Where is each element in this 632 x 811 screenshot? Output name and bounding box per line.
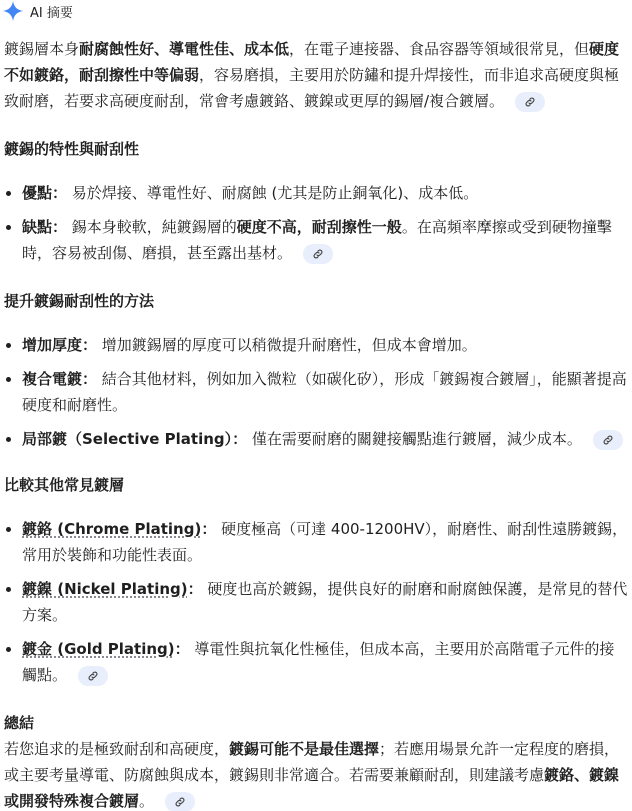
section-heading-methods: 提升鍍錫耐刮性的方法 xyxy=(4,288,628,314)
link-icon xyxy=(524,96,536,108)
term-link-gold[interactable]: 鍍金 (Gold Plating) xyxy=(22,640,175,658)
source-link-button[interactable] xyxy=(303,244,333,264)
list-item: 鍍鎳 (Nickel Plating)： 硬度也高於鍍錫，提供良好的耐磨和耐腐蝕… xyxy=(4,576,628,628)
source-link-button[interactable] xyxy=(515,92,545,112)
link-icon xyxy=(174,796,186,808)
item-label: 局部鍍（Selective Plating）： xyxy=(22,430,247,448)
term-link-nickel[interactable]: 鍍鎳 (Nickel Plating) xyxy=(22,580,188,598)
summary-bold: 鍍錫可能不是最佳選擇 xyxy=(229,740,379,758)
item-label: 缺點： xyxy=(22,218,67,236)
link-icon xyxy=(312,248,324,260)
link-icon xyxy=(87,670,99,682)
item-label: 優點： xyxy=(22,184,67,202)
item-text: 增加鍍錫層的厚度可以稍微提升耐磨性，但成本會增加。 xyxy=(97,336,477,354)
item-text: 結合其他材料，例如加入微粒（如碳化矽），形成「鍍錫複合鍍層」，能顯著提高硬度和耐… xyxy=(22,370,627,414)
intro-paragraph: 鍍錫層本身耐腐蝕性好、導電性佳、成本低，在電子連接器、食品容器等領域很常見，但硬… xyxy=(4,36,628,114)
link-icon xyxy=(602,434,614,446)
ai-overview-header: AI 摘要 xyxy=(4,0,628,22)
intro-text: 鍍錫層本身 xyxy=(4,40,79,58)
term-link-chrome[interactable]: 鍍鉻 (Chrome Plating) xyxy=(22,520,201,538)
summary-paragraph: 若您追求的是極致耐刮和高硬度，鍍錫可能不是最佳選擇；若應用場景允許一定程度的磨損… xyxy=(4,736,628,811)
section-heading-properties: 鍍錫的特性與耐刮性 xyxy=(4,136,628,162)
source-link-button[interactable] xyxy=(78,666,108,686)
sparkle-icon xyxy=(2,0,24,22)
ai-overview: AI 摘要 鍍錫層本身耐腐蝕性好、導電性佳、成本低，在電子連接器、食品容器等領域… xyxy=(0,0,628,811)
list-item: 優點： 易於焊接、導電性好、耐腐蝕 (尤其是防止銅氧化)、成本低。 xyxy=(4,180,628,206)
item-colon: ： xyxy=(188,580,203,598)
summary-text: 。 xyxy=(139,792,154,810)
list-item: 局部鍍（Selective Plating）： 僅在需要耐磨的關鍵接觸點進行鍍層… xyxy=(4,426,628,452)
intro-bold: 耐腐蝕性好、導電性佳、成本低 xyxy=(79,40,289,58)
list-item: 缺點： 錫本身較軟，純鍍錫層的硬度不高，耐刮擦性一般。在高頻率摩擦或受到硬物撞擊… xyxy=(4,214,628,266)
item-colon: ： xyxy=(201,520,216,538)
list-item: 複合電鍍： 結合其他材料，例如加入微粒（如碳化矽），形成「鍍錫複合鍍層」，能顯著… xyxy=(4,366,628,418)
item-label: 增加厚度： xyxy=(22,336,97,354)
item-bold: 硬度不高，耐刮擦性一般 xyxy=(237,218,402,236)
source-link-button[interactable] xyxy=(593,430,623,450)
item-colon: ： xyxy=(175,640,190,658)
item-text: 錫本身較軟，純鍍錫層的 xyxy=(67,218,237,236)
item-text: 僅在需要耐磨的關鍵接觸點進行鍍層，減少成本。 xyxy=(247,430,582,448)
compare-list: 鍍鉻 (Chrome Plating)： 硬度極高（可達 400-1200HV）… xyxy=(4,516,628,688)
intro-text: ，在電子連接器、食品容器等領域很常見，但 xyxy=(289,40,589,58)
list-item: 鍍金 (Gold Plating)： 導電性與抗氧化性極佳，但成本高，主要用於高… xyxy=(4,636,628,688)
list-item: 鍍鉻 (Chrome Plating)： 硬度極高（可達 400-1200HV）… xyxy=(4,516,628,568)
section-heading-compare: 比較其他常見鍍層 xyxy=(4,472,628,498)
list-item: 增加厚度： 增加鍍錫層的厚度可以稍微提升耐磨性，但成本會增加。 xyxy=(4,332,628,358)
item-label: 複合電鍍： xyxy=(22,370,97,388)
source-link-button[interactable] xyxy=(165,792,195,811)
section-heading-summary: 總結 xyxy=(4,710,628,736)
item-text: 易於焊接、導電性好、耐腐蝕 (尤其是防止銅氧化)、成本低。 xyxy=(67,184,478,202)
properties-list: 優點： 易於焊接、導電性好、耐腐蝕 (尤其是防止銅氧化)、成本低。 缺點： 錫本… xyxy=(4,180,628,266)
header-title: AI 摘要 xyxy=(30,2,73,21)
summary-text: 若您追求的是極致耐刮和高硬度， xyxy=(4,740,229,758)
methods-list: 增加厚度： 增加鍍錫層的厚度可以稍微提升耐磨性，但成本會增加。 複合電鍍： 結合… xyxy=(4,332,628,452)
